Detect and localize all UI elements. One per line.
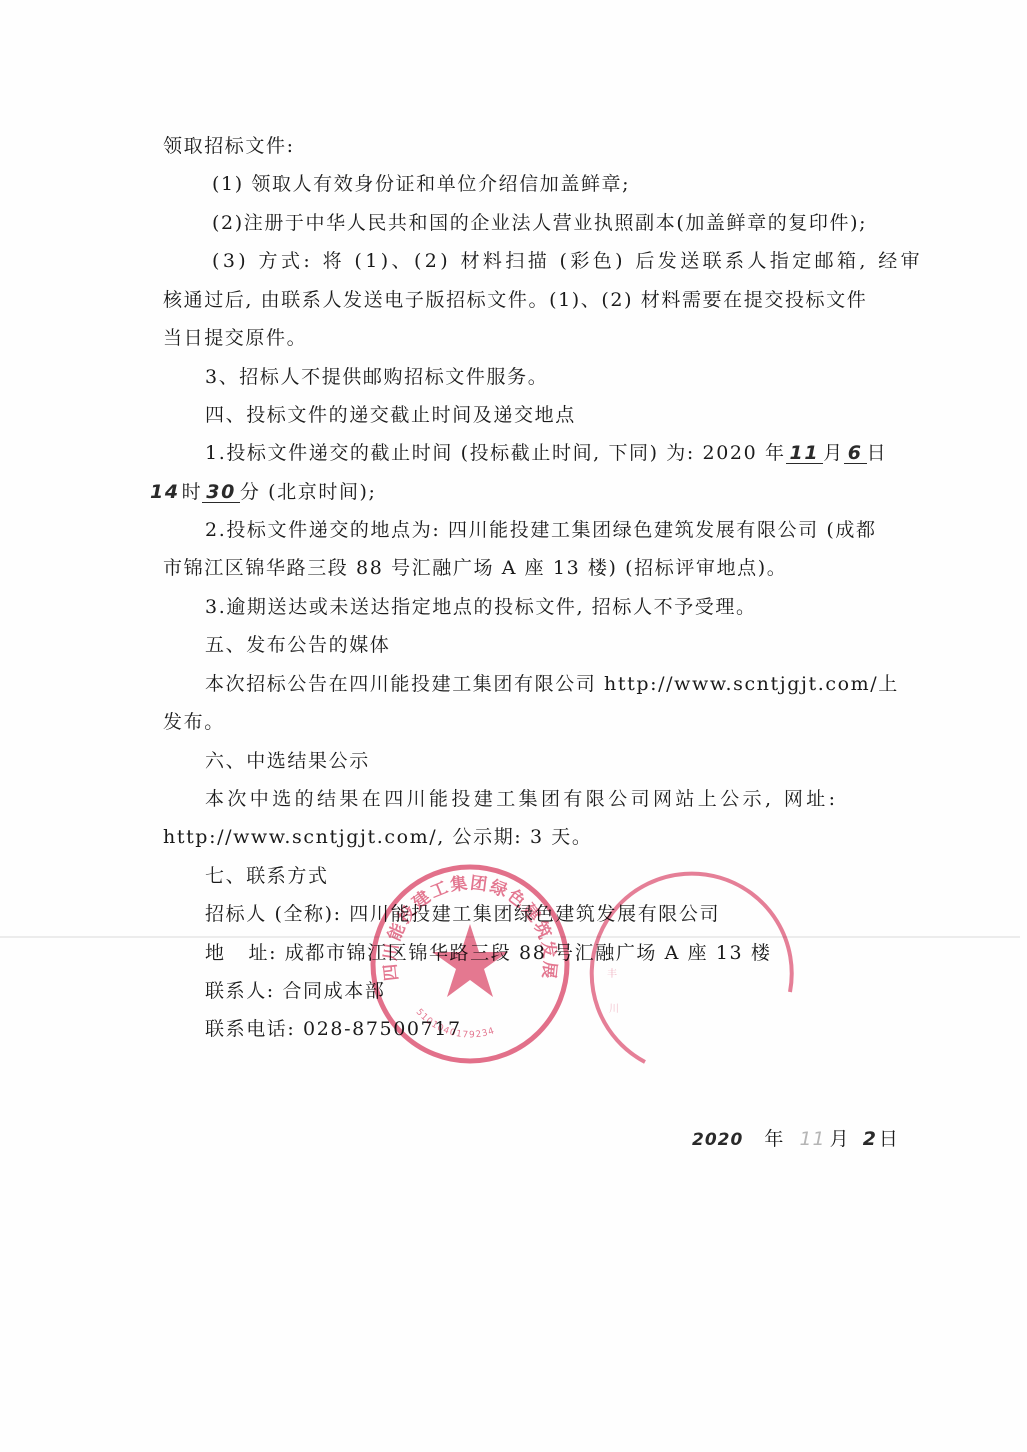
month-label: 月 [823,442,844,464]
text-line: http://www.scntjgjt.com/, 公示期: 3 天。 [163,825,592,849]
text-line: 本次招标公告在四川能投建工集团有限公司 http://www.scntjgjt.… [205,672,899,696]
text-line: 发布。 [163,710,225,734]
contact-person: 联系人: 合同成本部 [205,979,385,1003]
text-line: 3.逾期送达或未送达指定地点的投标文件, 招标人不予受理。 [205,595,757,619]
handwritten-hour: 14 [148,482,182,502]
section-heading: 五、发布公告的媒体 [205,633,390,657]
handwritten-year: 2020 [690,1130,745,1150]
section-heading: 七、联系方式 [205,864,329,888]
handwritten-day: 6 [844,443,867,464]
partial-seal-icon: 丰 川 [585,862,805,1078]
section-heading: 四、投标文件的递交截止时间及递交地点 [205,403,576,427]
text-line: (1) 领取人有效身份证和单位介绍信加盖鲜章; [212,172,630,196]
document-page: 领取招标文件: (1) 领取人有效身份证和单位介绍信加盖鲜章; (2)注册于中华… [0,0,1027,1452]
deadline-text: 1.投标文件递交的截止时间 (投标截止时间, 下同) 为: 2020 年 [205,442,786,464]
contact-tenderer: 招标人 (全称): 四川能投建工集团绿色建筑发展有限公司 [205,902,720,926]
svg-text:丰: 丰 [607,967,617,980]
handwritten-month: 11 [786,443,824,464]
text-line: 本次中选的结果在四川能投建工集团有限公司网站上公示, 网址: [205,787,838,811]
scan-artifact-line [0,936,1020,938]
handwritten-sign-day: 2 [861,1129,879,1149]
text-line: 领取招标文件: [163,134,295,158]
year-label: 年 [764,1128,784,1150]
text-line: (2)注册于中华人民共和国的企业法人营业执照副本(加盖鲜章的复印件); [212,211,867,235]
text-line: 当日提交原件。 [163,326,307,350]
sign-month-label: 月 [830,1128,850,1150]
text-line: 2.投标文件递交的地点为: 四川能投建工集团绿色建筑发展有限公司 (成都 [205,518,877,542]
text-line: 市锦江区锦华路三段 88 号汇融广场 A 座 13 楼) (招标评审地点)。 [163,556,787,580]
svg-text:川: 川 [609,1003,619,1015]
deadline-time-line: 14时30分 (北京时间); [148,480,377,504]
section-heading: 六、中选结果公示 [205,749,370,773]
contact-address: 地 址: 成都市锦江区锦华路三段 88 号汇融广场 A 座 13 楼 [205,941,771,965]
signature-date: 2020 年 11月 2日 [690,1124,899,1151]
text-line: (3) 方式: 将 (1)、(2) 材料扫描 (彩色) 后发送联系人指定邮箱, … [212,249,923,273]
text-line: 3、招标人不提供邮购招标文件服务。 [205,365,548,389]
sign-day-label: 日 [879,1128,899,1150]
minute-label: 分 (北京时间); [240,481,377,503]
day-label: 日 [867,442,888,464]
text-line: 核通过后, 由联系人发送电子版招标文件。(1)、(2) 材料需要在提交投标文件 [163,288,867,312]
hour-label: 时 [182,481,203,503]
handwritten-minute: 30 [202,482,240,503]
deadline-line: 1.投标文件递交的截止时间 (投标截止时间, 下同) 为: 2020 年11月6… [205,441,887,465]
handwritten-sign-month: 11 [795,1129,829,1149]
contact-phone: 联系电话: 028-87500717 [205,1017,462,1041]
